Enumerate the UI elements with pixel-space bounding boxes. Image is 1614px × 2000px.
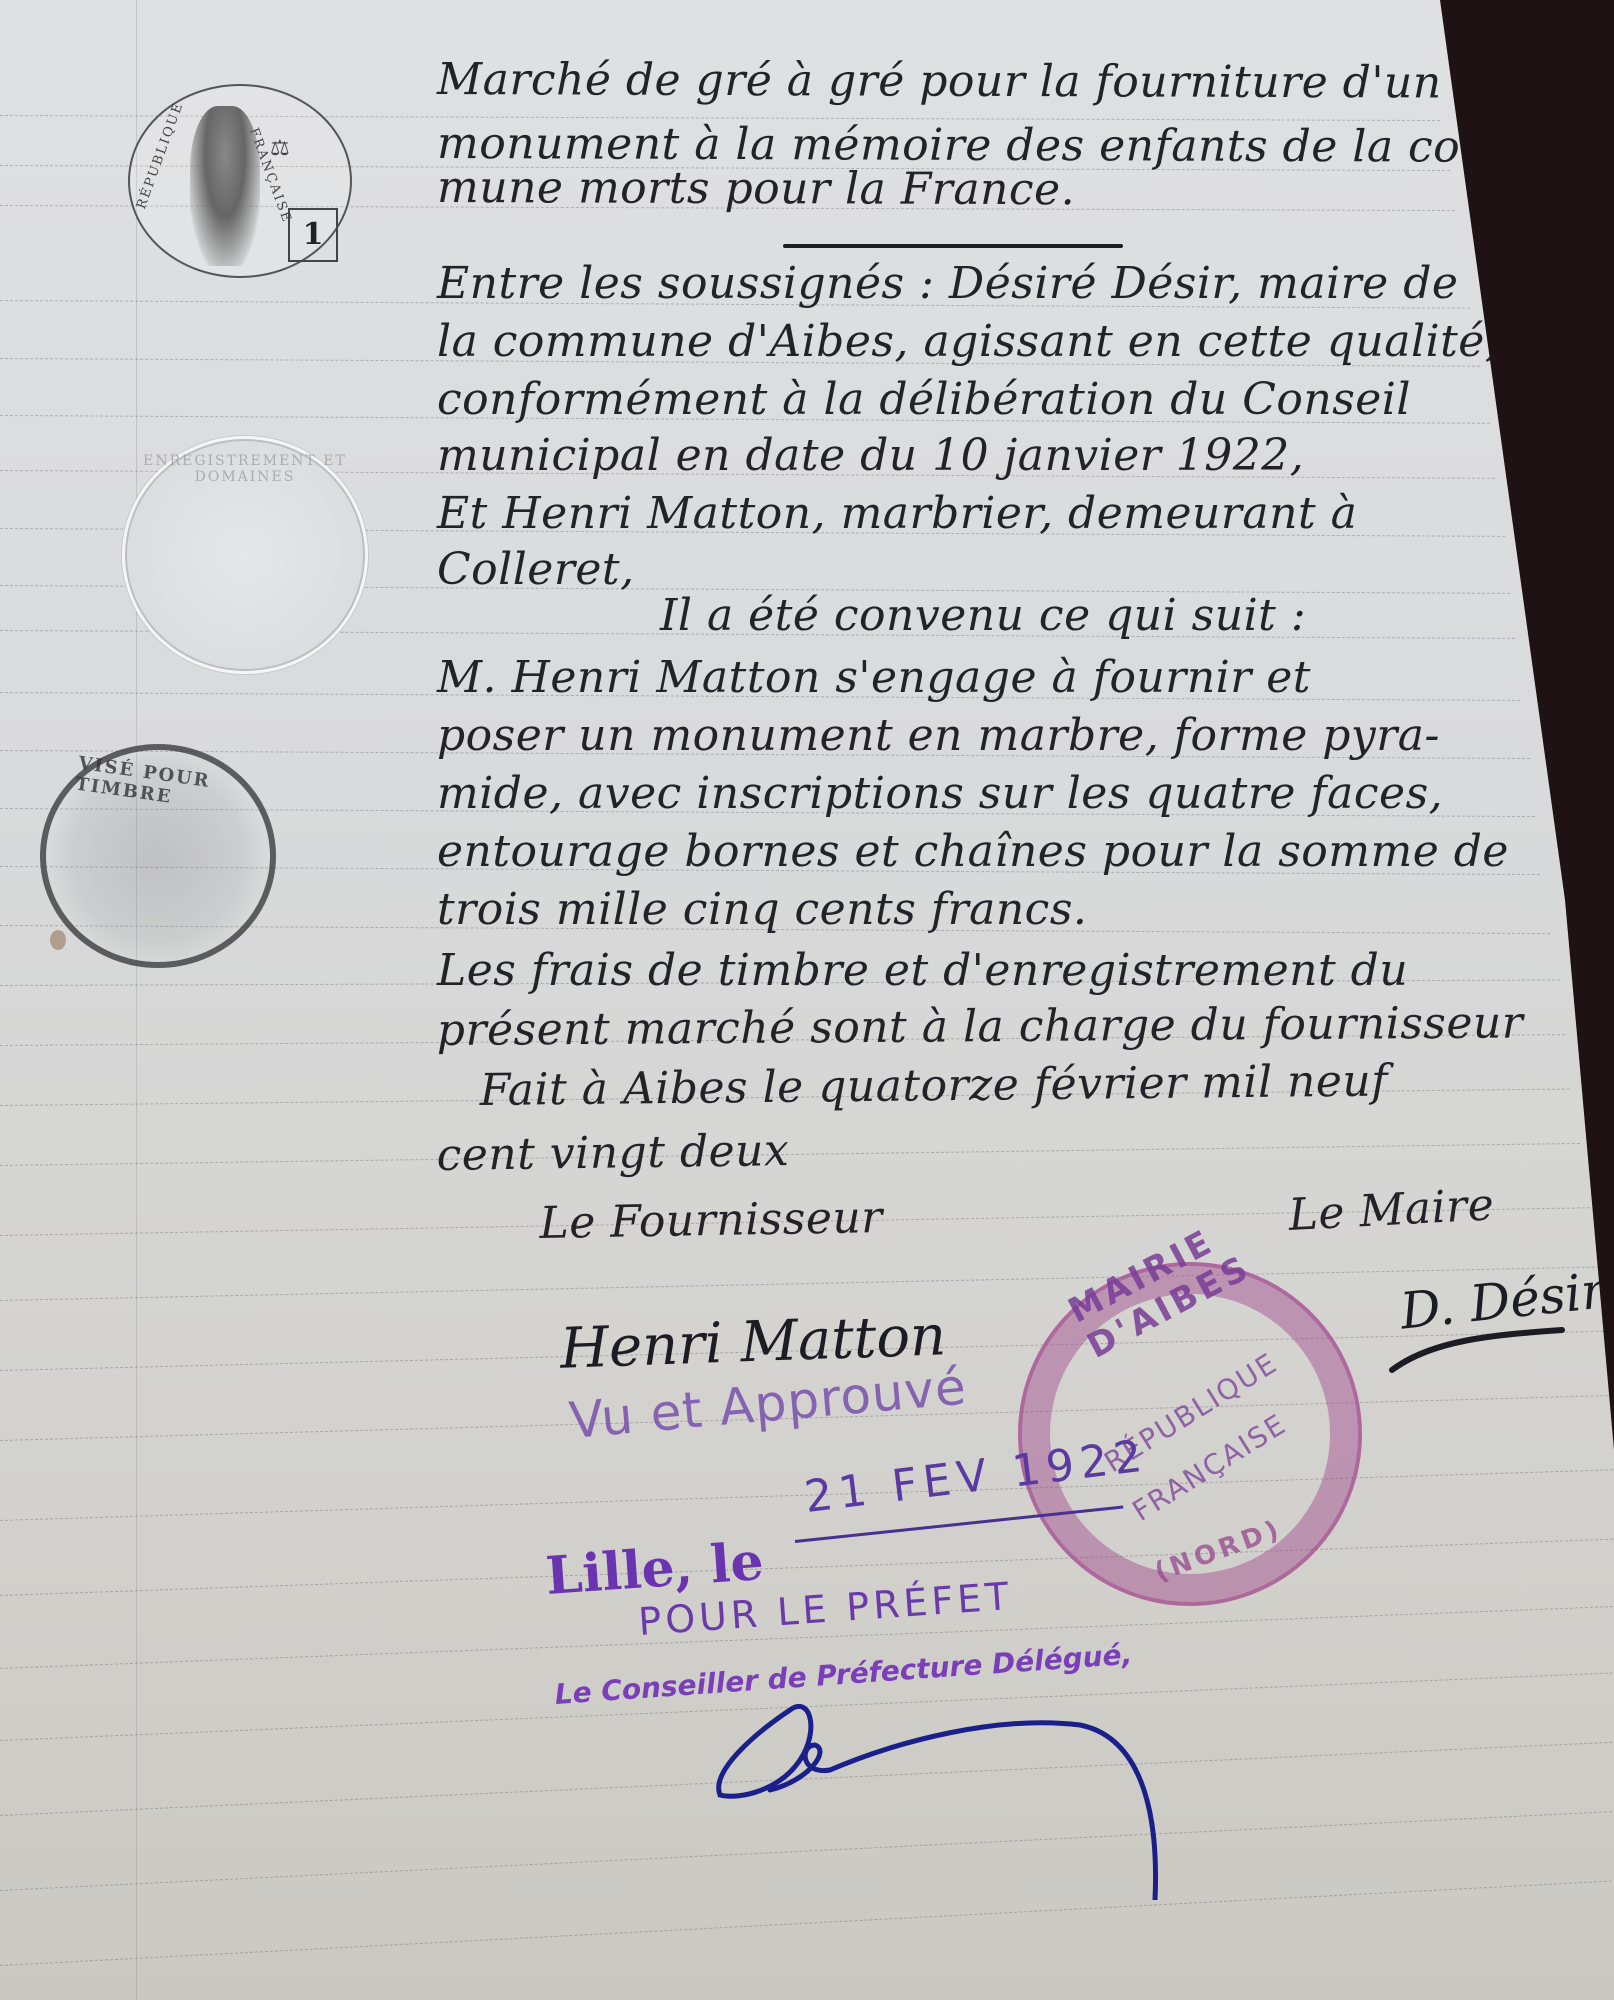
paper-stain <box>50 930 66 950</box>
mayor-signature-flourish-icon <box>1372 1240 1572 1380</box>
body-line: cent vingt deux <box>436 1125 789 1181</box>
title-line-1: Marché de gré à gré pour la fourniture d… <box>437 54 1442 109</box>
ruled-line <box>0 1266 1600 1301</box>
fiscal-stamp-seal: RÉPUBLIQUE FRANÇAISE ⚖ 1 <box>128 84 352 278</box>
ruled-line <box>0 1143 1580 1166</box>
body-line: municipal en date du 10 janvier 1922, <box>437 430 1304 481</box>
prefect-signature-icon <box>700 1700 1180 1900</box>
ink-round-seal: VISÉ POUR TIMBRE <box>40 744 276 968</box>
mairie-stamp-ring-text: MAIRIE D'AIBES <box>1062 1157 1361 1367</box>
body-line: Fait à Aibes le quatorze février mil neu… <box>479 1055 1388 1116</box>
body-line: Les frais de timbre et d'enregistrement … <box>437 945 1408 996</box>
body-line: présent marché sont à la charge du fourn… <box>437 997 1524 1056</box>
embossed-seal: ENREGISTREMENT ET DOMAINES <box>122 436 368 674</box>
body-line: poser un monument en marbre, forme pyra- <box>437 710 1440 761</box>
body-line: Il a été convenu ce qui suit : <box>660 590 1306 641</box>
body-line: la commune d'Aibes, agissant en cette qu… <box>437 316 1499 367</box>
scales-of-justice-icon: ⚖ <box>270 136 290 161</box>
title-separator <box>783 244 1123 248</box>
body-line: trois mille cinq cents francs. <box>437 884 1087 935</box>
title-line-3: mune morts pour la France. <box>437 162 1075 215</box>
marianne-figure-icon <box>190 106 260 266</box>
mairie-stamp: MAIRIE D'AIBES RÉPUBLIQUE FRANÇAISE (NOR… <box>1018 1262 1362 1606</box>
body-line: Colleret, <box>437 544 635 595</box>
supplier-label: Le Fournisseur <box>539 1192 883 1249</box>
body-line: entourage bornes et chaînes pour la somm… <box>437 826 1509 877</box>
document-page: RÉPUBLIQUE FRANÇAISE ⚖ 1 ENREGISTREMENT … <box>0 0 1614 2000</box>
body-line: mide, avec inscriptions sur les quatre f… <box>437 768 1443 819</box>
body-line: Entre les soussignés : Désiré Désir, mai… <box>437 258 1458 309</box>
embossed-seal-text: ENREGISTREMENT ET DOMAINES <box>125 453 365 485</box>
body-line: Et Henri Matton, marbrier, demeurant à <box>437 488 1357 539</box>
body-line: M. Henri Matton s'engage à fournir et <box>437 652 1311 703</box>
mairie-stamp-bottom: (NORD) <box>1151 1514 1286 1588</box>
body-line: conformément à la délibération du Consei… <box>437 374 1411 425</box>
stamp-value: 1 <box>288 208 338 262</box>
ink-seal-text: VISÉ POUR TIMBRE <box>74 753 272 822</box>
